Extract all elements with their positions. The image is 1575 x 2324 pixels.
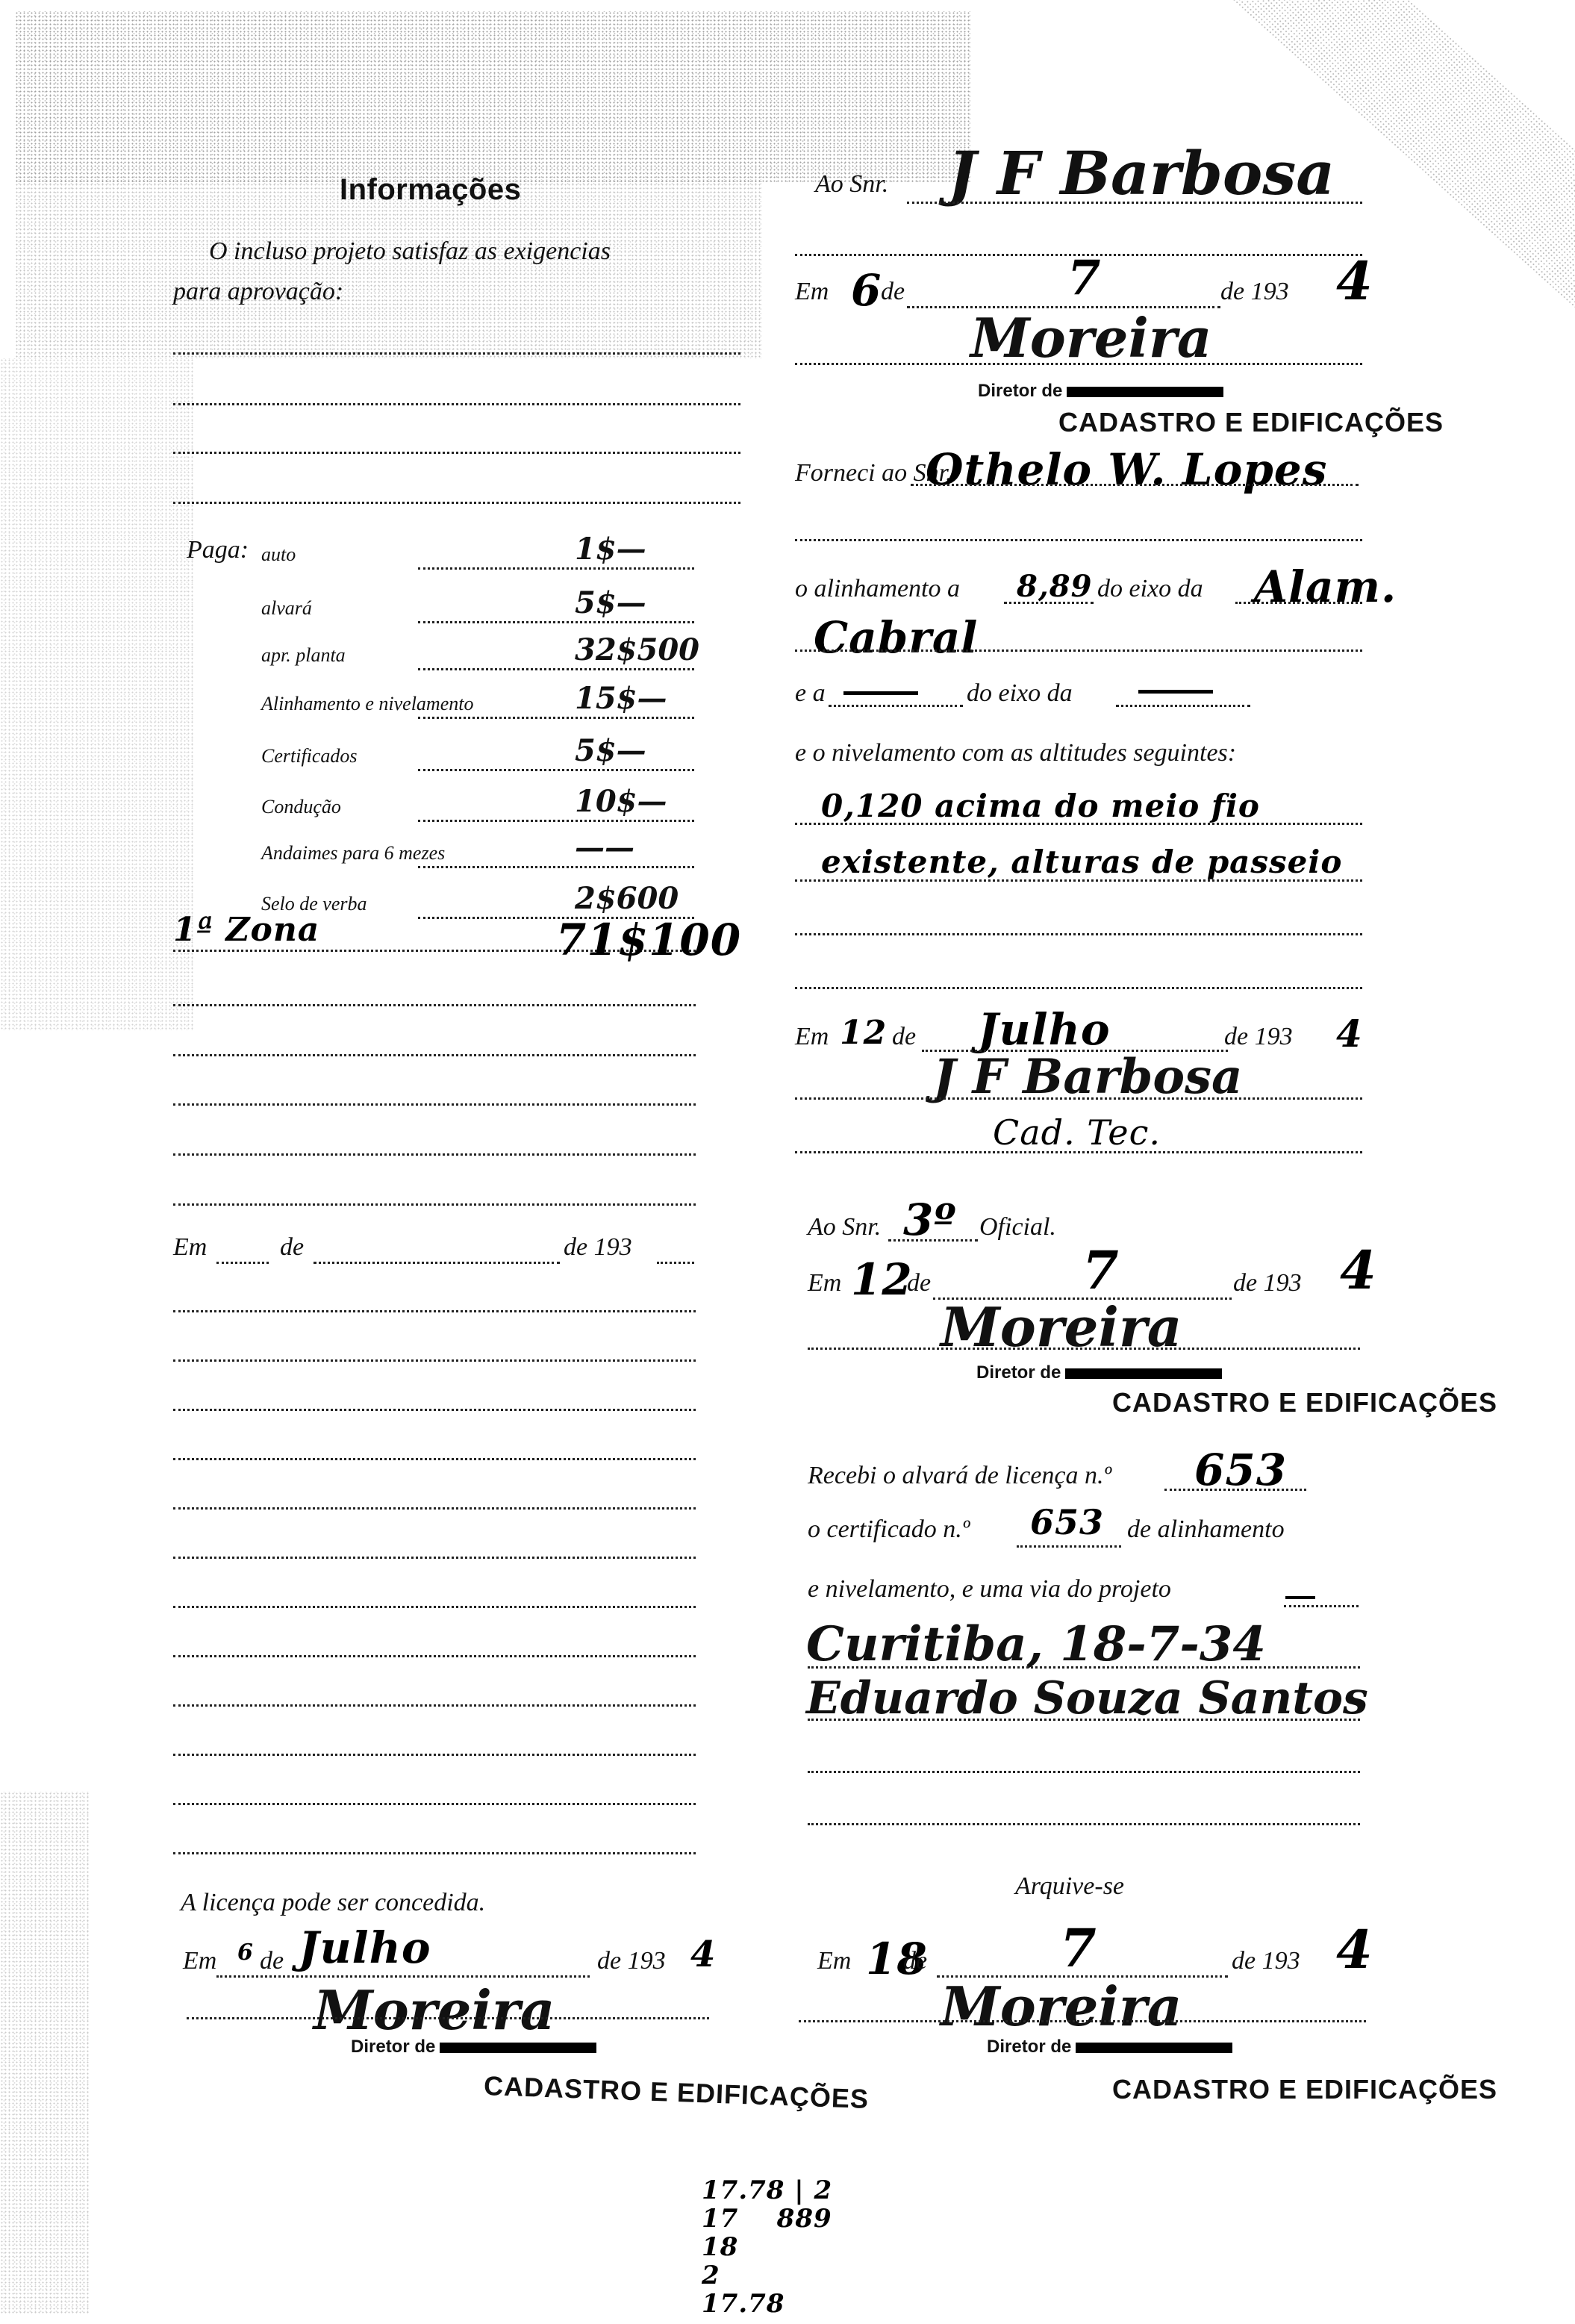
blank-line: [173, 1409, 696, 1411]
signature-line: [795, 363, 1362, 365]
blank-line: [173, 1310, 696, 1312]
date-de: de: [892, 1023, 916, 1051]
blank-line: [808, 1771, 1360, 1773]
blank-line: [173, 1803, 696, 1805]
addressee-field: [907, 202, 1362, 204]
scan-noise: [0, 1792, 90, 2314]
intro-text: O incluso projeto satisfaz as exigencias: [209, 237, 611, 266]
blank-line: [173, 1606, 696, 1608]
receipt-label: Recebi o alvará de licença n.º: [808, 1462, 1111, 1490]
alignment-field: [829, 705, 963, 707]
date-year-digit: 4: [1336, 1919, 1373, 1981]
blank-line: [173, 1852, 696, 1854]
archive-label: Arquive-se: [1015, 1872, 1124, 1901]
official-label: Ao Snr.: [808, 1213, 881, 1242]
leveling-field: [795, 879, 1362, 882]
date-year-label: de 193: [1220, 278, 1289, 306]
date-line: [216, 1975, 590, 1978]
blank-line: [173, 352, 740, 355]
official-suffix: Oficial.: [979, 1213, 1056, 1242]
receipt-place-date: Curitiba, 18-7-34: [806, 1616, 1266, 1672]
date-de: de: [260, 1947, 284, 1975]
fee-value: 2$600: [575, 881, 679, 916]
date-month: 7: [1082, 1239, 1120, 1301]
fee-line: [418, 621, 694, 623]
dash-mark: [1285, 1596, 1315, 1599]
licence-number: 653: [1194, 1445, 1287, 1495]
blank-line: [173, 1153, 696, 1156]
blank-line: [173, 1704, 696, 1707]
blank-line: [795, 539, 1362, 541]
fee-value: 32$500: [575, 632, 699, 667]
director-signature: Moreira: [314, 1978, 555, 2042]
signature-line: [187, 2017, 709, 2019]
date-month: Julho: [978, 1004, 1111, 1055]
axis-label: do eixo da: [1097, 575, 1203, 603]
intro-text: para aprovação:: [173, 278, 343, 306]
fee-value: ——: [575, 830, 634, 865]
blank-line: [173, 1655, 696, 1657]
date-year-label: de 193: [1232, 1947, 1300, 1975]
blank-line: [173, 1359, 696, 1362]
date-year-digit: 4: [1336, 1012, 1363, 1056]
receipt-line: [808, 1666, 1360, 1669]
project-field: [1284, 1605, 1359, 1607]
fee-label: alvará: [261, 597, 312, 620]
date-day: 6: [851, 265, 882, 316]
redaction-bar: [1067, 387, 1223, 397]
date-year-field: [657, 1262, 694, 1264]
director-stamp: Diretor de: [976, 1362, 1222, 1383]
fee-label: Andaimes para 6 mezes: [261, 842, 445, 865]
leveling-field: [795, 823, 1362, 825]
blank-line: [173, 1458, 696, 1460]
leveling-value: 0,120 acima do meio fio: [821, 788, 1260, 824]
director-label: Diretor de: [351, 2037, 435, 2057]
receipt-label: o certificado n.º: [808, 1515, 970, 1544]
director-label: Diretor de: [987, 2037, 1071, 2057]
director-label: Diretor de: [976, 1362, 1061, 1383]
date-em: Em: [817, 1947, 851, 1975]
date-de: de: [903, 1947, 927, 1975]
blank-line: [173, 1557, 696, 1559]
street-name: Alam.: [1254, 561, 1397, 612]
blank-line: [173, 1203, 696, 1206]
fee-line: [418, 567, 694, 570]
blank-line: [795, 933, 1362, 935]
blank-line: [173, 403, 740, 405]
director-stamp: Diretor de: [987, 2037, 1232, 2057]
blank-line: [173, 1054, 696, 1056]
scan-noise: [0, 358, 194, 1030]
blank-line: [173, 1004, 696, 1006]
alignment-label: e a: [795, 679, 826, 708]
receipt-label: de alinhamento: [1127, 1515, 1285, 1544]
addressee-label: Ao Snr.: [815, 170, 888, 199]
alignment-value: 8,89: [1017, 569, 1092, 604]
calculation-line: 17.78: [702, 2290, 851, 2318]
date-year-label: de 193: [1224, 1023, 1293, 1051]
supplied-name: Othelo W. Lopes: [926, 444, 1327, 495]
dash-mark: [843, 691, 918, 695]
axis-label: do eixo da: [967, 679, 1073, 708]
official-number: 3º: [903, 1194, 956, 1245]
date-year-label: de 193: [1233, 1269, 1302, 1297]
date-year-label: de 193: [597, 1947, 666, 1975]
fee-value: 5$—: [575, 733, 646, 768]
date-year-digit: 4: [690, 1934, 716, 1975]
director-stamp: Diretor de: [978, 381, 1223, 402]
blank-line: [173, 1507, 696, 1510]
margin-calculation: 17.78 | 217 88918217.78: [702, 2176, 851, 2318]
date-day-field: [216, 1262, 269, 1264]
redaction-bar: [440, 2043, 596, 2053]
blank-line: [173, 452, 740, 454]
technician-signature: J F Barbosa: [933, 1049, 1243, 1105]
fee-value: 15$—: [575, 681, 667, 716]
calculation-line: 2: [702, 2261, 851, 2290]
date-em: Em: [808, 1269, 841, 1297]
date-de: de: [280, 1233, 304, 1262]
blank-line: [808, 1823, 1360, 1825]
redaction-bar: [1076, 2043, 1232, 2053]
date-year-digit: 4: [1336, 250, 1373, 312]
director-stamp: Diretor de: [351, 2037, 596, 2057]
director-label: Diretor de: [978, 381, 1062, 401]
receiver-signature: Eduardo Souza Santos: [806, 1672, 1368, 1725]
certificate-number: 653: [1030, 1502, 1104, 1542]
fees-label: Paga:: [187, 536, 249, 564]
signature-line: [808, 1348, 1360, 1350]
date-month: 7: [1067, 250, 1102, 306]
official-field: [888, 1239, 978, 1242]
street-field: [1116, 705, 1250, 707]
fee-line: [418, 668, 694, 670]
fee-line: [418, 820, 694, 822]
redaction-bar: [1065, 1368, 1222, 1379]
date-year-digit: 4: [1340, 1239, 1377, 1301]
leveling-value: existente, alturas de passeio: [821, 844, 1342, 880]
street-name-cont: Cabral: [814, 612, 978, 663]
date-em: Em: [795, 1023, 829, 1051]
department-stamp: CADASTRO E EDIFICAÇÕES: [1058, 407, 1444, 438]
calculation-line: 17.78 | 2: [702, 2176, 851, 2205]
date-day: 12: [851, 1254, 913, 1305]
certificate-field: [1017, 1545, 1121, 1548]
date-month: 7: [1060, 1917, 1097, 1979]
fee-label: apr. planta: [261, 644, 346, 667]
alignment-field: [1004, 602, 1094, 604]
fee-value: 1$—: [575, 532, 646, 567]
date-month-field: [314, 1262, 560, 1264]
licence-field: [1164, 1489, 1306, 1491]
street-field: [795, 649, 1362, 652]
technician-role: Cad. Tec.: [993, 1112, 1161, 1153]
date-em: Em: [173, 1233, 207, 1262]
total-value: 71$100: [556, 915, 741, 965]
receipt-line: [808, 1719, 1360, 1721]
street-field: [1235, 602, 1362, 604]
director-signature: Moreira: [941, 1975, 1182, 2038]
date-em: Em: [795, 278, 829, 306]
date-year-label: de 193: [564, 1233, 632, 1262]
blank-line: [795, 1151, 1362, 1153]
department-stamp: CADASTRO E EDIFICAÇÕES: [1112, 2074, 1497, 2105]
fee-value: 10$—: [575, 784, 667, 819]
fee-line: [418, 717, 694, 719]
signature-line: [795, 1097, 1362, 1100]
alignment-label: o alinhamento a: [795, 575, 960, 603]
fee-label: Alinhamento e nivelamento: [261, 693, 473, 715]
date-de: de: [907, 1269, 931, 1297]
fee-line: [418, 769, 694, 771]
calculation-line: 18: [702, 2233, 851, 2261]
section-heading: Informações: [340, 173, 521, 207]
fee-label: Condução: [261, 796, 341, 818]
signature-line: [799, 2020, 1366, 2022]
fee-label: auto: [261, 543, 296, 566]
date-day: 6: [237, 1940, 254, 1966]
supplied-field: [911, 484, 1359, 486]
fee-line: [418, 866, 694, 868]
fee-label: Certificados: [261, 745, 358, 767]
date-em: Em: [183, 1947, 216, 1975]
zone-label: 1ª Zona: [173, 911, 319, 949]
date-month: Julho: [299, 1922, 431, 1973]
dash-mark: [1138, 690, 1213, 694]
fee-value: 5$—: [575, 585, 646, 620]
director-signature: Moreira: [970, 306, 1211, 370]
addressee-name: J F Barbosa: [948, 138, 1335, 208]
calculation-line: 17 889: [702, 2205, 851, 2233]
scan-noise-header: [15, 11, 970, 183]
blank-line: [173, 502, 740, 504]
license-text: A licença pode ser concedida.: [181, 1889, 485, 1917]
date-de: de: [881, 278, 905, 306]
department-stamp: CADASTRO E EDIFICAÇÕES: [483, 2070, 869, 2115]
blank-line: [795, 987, 1362, 989]
blank-line: [173, 1103, 696, 1106]
date-day: 12: [840, 1014, 887, 1052]
department-stamp: CADASTRO E EDIFICAÇÕES: [1112, 1387, 1497, 1418]
blank-line: [173, 1754, 696, 1756]
receipt-label: e nivelamento, e uma via do projeto: [808, 1575, 1171, 1604]
leveling-label: e o nivelamento com as altitudes seguint…: [795, 739, 1236, 767]
